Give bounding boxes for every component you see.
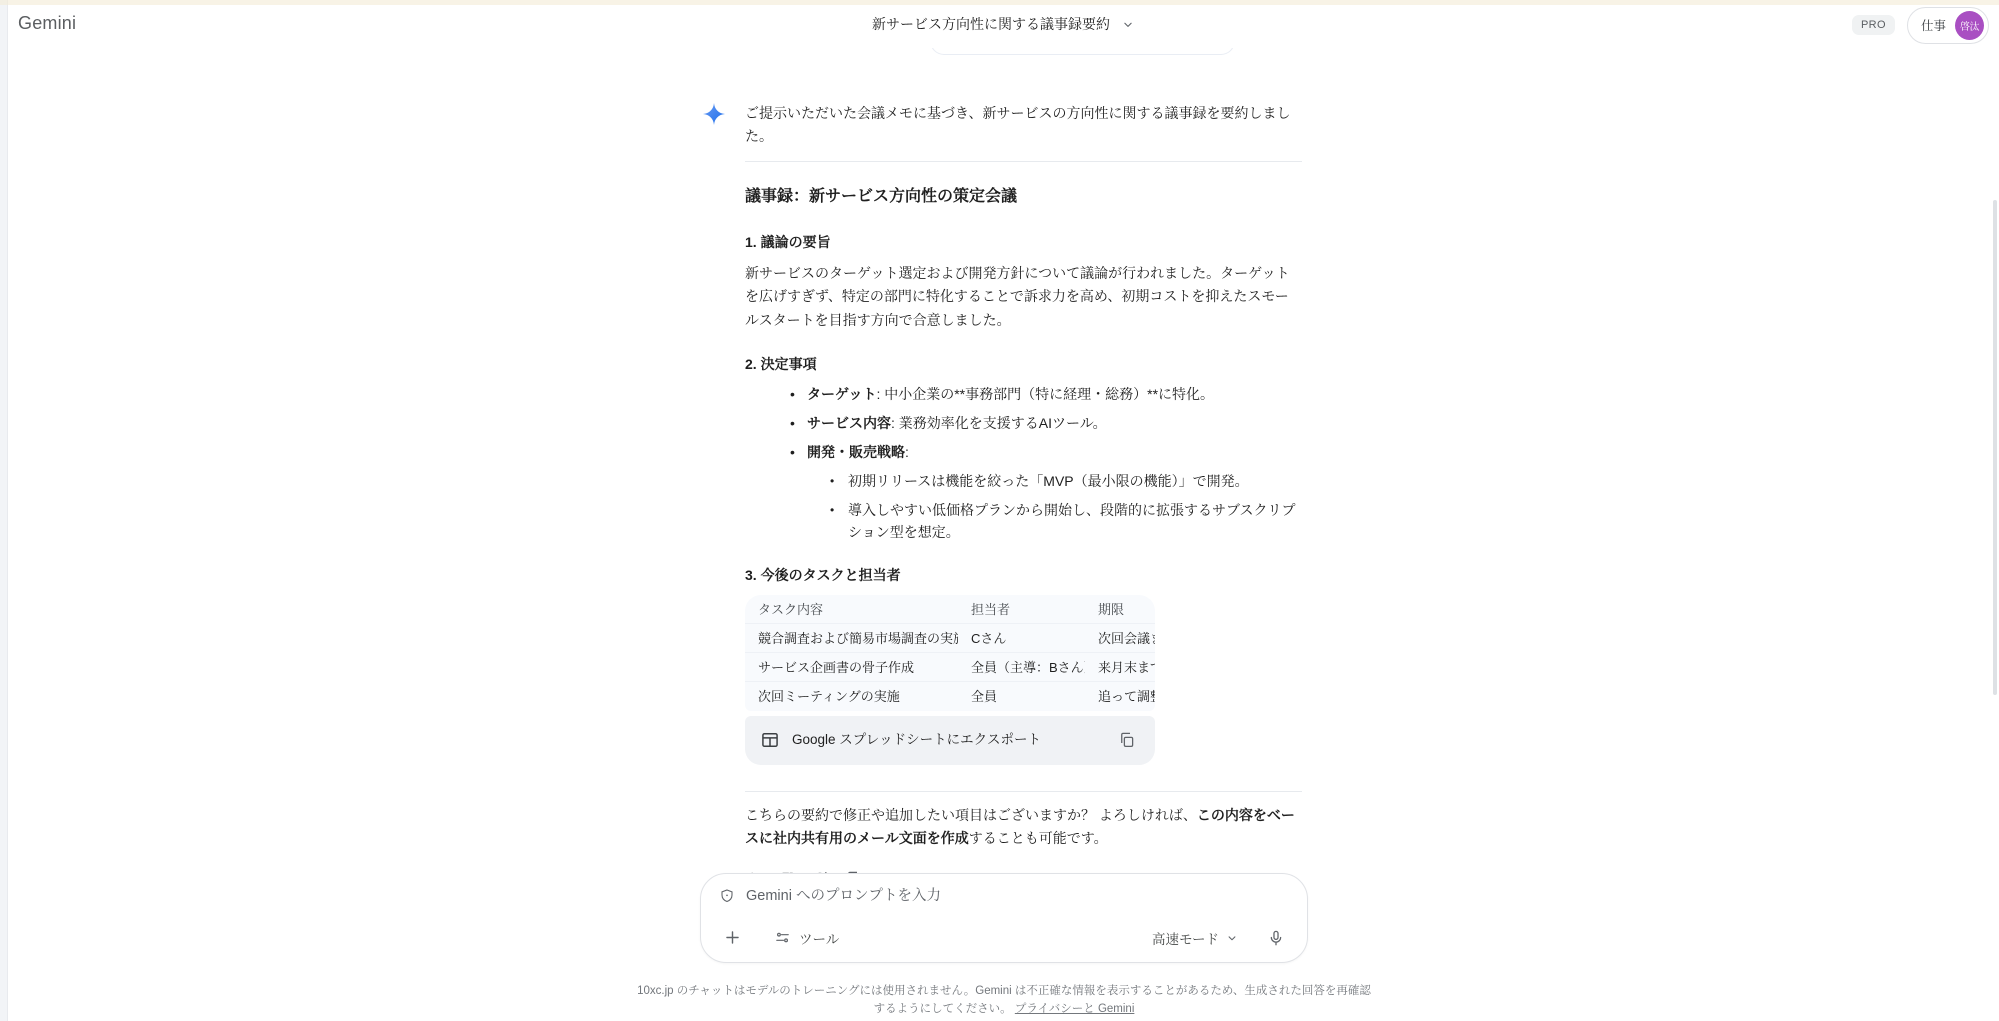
window-top-edge <box>0 0 1999 5</box>
column-header: 期限 <box>1085 595 1155 624</box>
table-cell: Cさん <box>958 624 1085 653</box>
section-1-heading: 1. 議論の要旨 <box>745 232 1302 254</box>
table-cell: 来月末まで <box>1085 653 1155 682</box>
scrollbar-thumb[interactable] <box>1993 200 1997 695</box>
bullet-text: : 業務効率化を支援するAIツール。 <box>891 415 1107 431</box>
prompt-row <box>719 887 1289 905</box>
add-attachment-button[interactable] <box>719 924 746 951</box>
table-header-row: タスク内容 担当者 期限 <box>745 595 1155 624</box>
column-header: タスク内容 <box>745 595 958 624</box>
copy-icon <box>1118 731 1136 749</box>
table-cell: 追って調整 <box>1085 682 1155 711</box>
chevron-down-icon <box>1225 931 1239 945</box>
section-3-heading: 3. 今後のタスクと担当者 <box>745 565 1302 587</box>
prompt-input[interactable] <box>744 887 1289 905</box>
list-item: ターゲット: 中小企業の**事務部門（特に経理・総務）**に特化。 <box>807 383 1302 405</box>
bullet-label: サービス内容 <box>807 415 891 431</box>
gemini-logo: Gemini <box>18 13 76 34</box>
microphone-button[interactable] <box>1263 925 1289 951</box>
composer-toolbar: ツール 高速モード <box>719 924 1289 951</box>
top-bar: Gemini 新サービス方向性に関する議事録要約 PRO 仕事 啓汰 <box>8 0 1999 48</box>
collapsed-sidebar-edge <box>0 0 8 1021</box>
disclaimer-text: 10xc.jp のチャットはモデルのトレーニングには使用されません。Gemini… <box>637 985 1371 1015</box>
pro-badge: PRO <box>1852 15 1895 35</box>
workspace-label: 仕事 <box>1921 16 1946 34</box>
table-cell: 次回会議まで <box>1085 624 1155 653</box>
strategy-sublist: 初期リリースは機能を絞った「MVP（最小限の機能）」で開発。 導入しやすい低価格… <box>807 470 1302 543</box>
tools-button[interactable]: ツール <box>770 926 843 950</box>
table-cell: 次回ミーティングの実施 <box>745 682 958 711</box>
section-2-heading: 2. 決定事項 <box>745 354 1302 376</box>
microphone-icon <box>1267 929 1285 947</box>
table-cell: サービス企画書の骨子作成 <box>745 653 958 682</box>
prompt-composer: ツール 高速モード <box>700 873 1308 963</box>
list-item: 導入しやすい低価格プランから開始し、段階的に拡張するサブスクリプション型を想定。 <box>848 499 1302 543</box>
avatar[interactable]: 啓汰 <box>1955 11 1984 40</box>
task-table: タスク内容 担当者 期限 競合調査および簡易市場調査の実施 Cさん 次回会議まで… <box>745 595 1155 711</box>
account-menu[interactable]: 仕事 啓汰 <box>1907 7 1989 44</box>
tools-label: ツール <box>799 928 839 948</box>
plus-icon <box>723 928 742 947</box>
list-item: サービス内容: 業務効率化を支援するAIツール。 <box>807 412 1302 434</box>
shield-icon <box>719 888 735 904</box>
table-row: 競合調査および簡易市場調査の実施 Cさん 次回会議まで <box>745 624 1155 653</box>
table-row: 次回ミーティングの実施 全員 追って調整 <box>745 682 1155 711</box>
conversation-title-dropdown[interactable]: 新サービス方向性に関する議事録要約 <box>872 0 1135 48</box>
mode-label: 高速モード <box>1152 928 1219 948</box>
model-mode-dropdown[interactable]: 高速モード <box>1152 928 1239 948</box>
response-intro: ご提示いただいた会議メモに基づき、新サービスの方向性に関する議事録を要約しました… <box>745 102 1302 147</box>
export-label: Google スプレッドシートにエクスポート <box>792 729 1102 751</box>
tools-sliders-icon <box>774 929 791 946</box>
privacy-link[interactable]: プライバシーと Gemini <box>1015 1003 1135 1015</box>
bullet-text: : 中小企業の**事務部門（特に経理・総務）**に特化。 <box>876 386 1214 402</box>
divider <box>745 161 1302 162</box>
table-row: サービス企画書の骨子作成 全員（主導：Bさん） 来月末まで <box>745 653 1155 682</box>
closing-post: することも可能です。 <box>969 830 1108 846</box>
copy-table-button[interactable] <box>1114 727 1140 753</box>
table-cell: 競合調査および簡易市場調査の実施 <box>745 624 958 653</box>
divider <box>745 791 1302 792</box>
gemini-sparkle-icon <box>703 103 725 132</box>
spreadsheet-icon <box>760 730 780 750</box>
disclaimer-footer: 10xc.jp のチャットはモデルのトレーニングには使用されません。Gemini… <box>634 983 1374 1019</box>
column-header: 担当者 <box>958 595 1085 624</box>
model-response: ご提示いただいた会議メモに基づき、新サービスの方向性に関する議事録を要約しました… <box>745 102 1302 892</box>
export-to-sheets-button[interactable]: Google スプレッドシートにエクスポート <box>745 716 1155 765</box>
table-cell: 全員 <box>958 682 1085 711</box>
section-1-body: 新サービスのターゲット選定および開発方針について議論が行われました。ターゲットを… <box>745 262 1302 333</box>
closing-pre: こちらの要約で修正や追加したい項目はございますか？ よろしければ、 <box>745 807 1197 823</box>
bullet-label: ターゲット <box>807 386 876 402</box>
table-cell: 全員（主導：Bさん） <box>958 653 1085 682</box>
closing-paragraph: こちらの要約で修正や追加したい項目はございますか？ よろしければ、この内容をベー… <box>745 804 1302 850</box>
chevron-down-icon <box>1120 17 1135 32</box>
bullet-label: 開発・販売戦略 <box>807 444 905 460</box>
document-title: 議事録：新サービス方向性の策定会議 <box>745 184 1302 210</box>
decision-list: ターゲット: 中小企業の**事務部門（特に経理・総務）**に特化。 サービス内容… <box>745 383 1302 543</box>
list-item: 開発・販売戦略: 初期リリースは機能を絞った「MVP（最小限の機能）」で開発。 … <box>807 441 1302 543</box>
header-right-group: PRO 仕事 啓汰 <box>1852 6 1989 44</box>
list-item: 初期リリースは機能を絞った「MVP（最小限の機能）」で開発。 <box>848 470 1302 492</box>
conversation-title: 新サービス方向性に関する議事録要約 <box>872 14 1110 34</box>
bullet-text: : <box>905 444 909 460</box>
